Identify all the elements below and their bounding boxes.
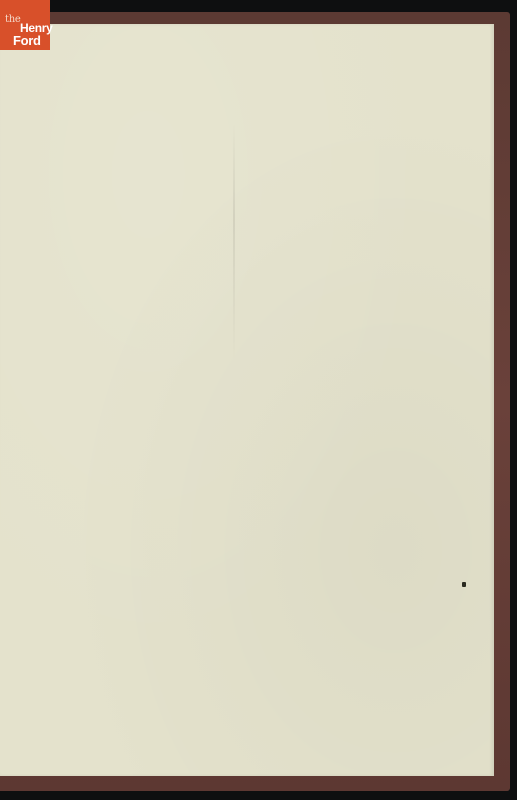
logo-ford: Ford: [13, 33, 41, 48]
logo-the: the: [5, 14, 20, 25]
henry-ford-logo: the Henry Ford: [0, 0, 50, 50]
paper-speck: [462, 582, 466, 587]
paper-crease: [233, 124, 235, 364]
blank-page: [0, 24, 494, 776]
